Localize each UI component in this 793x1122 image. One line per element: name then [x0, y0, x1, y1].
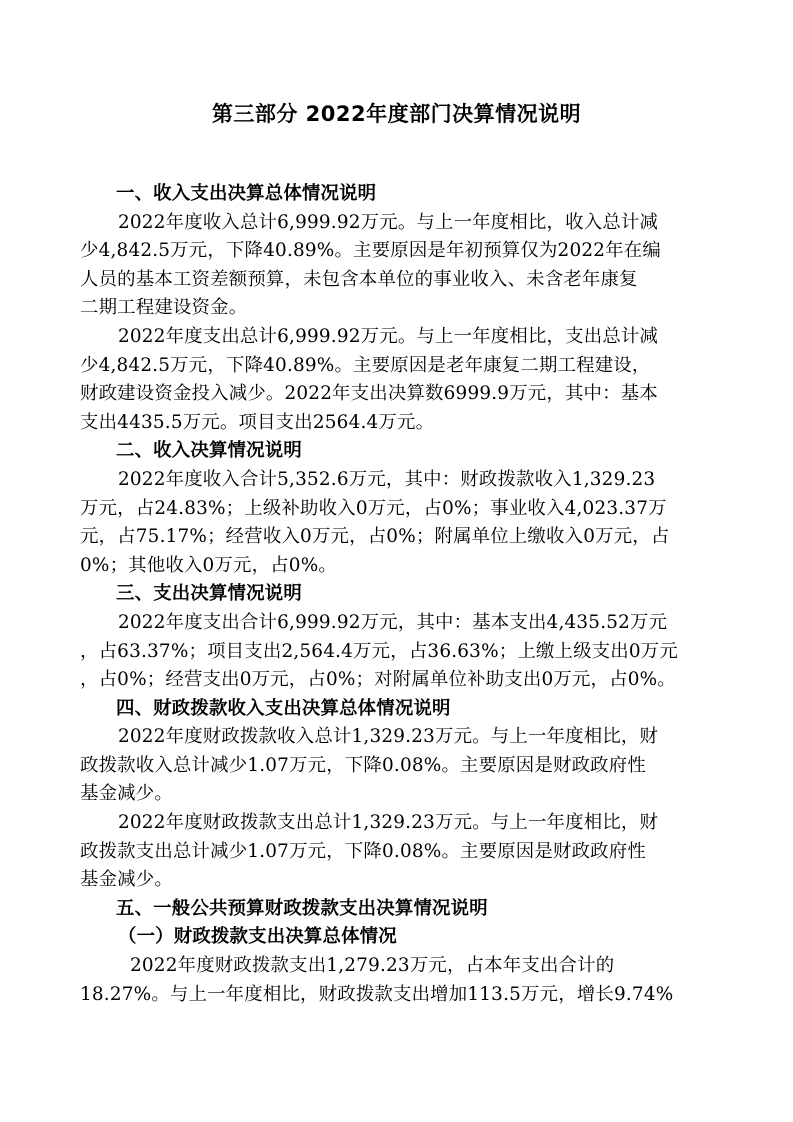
paragraph-line: 基金减少。	[80, 866, 716, 895]
section-heading-4: 四、财政拨款收入支出决算总体情况说明	[80, 695, 716, 724]
paragraph-line: ，占63.37%；项目支出2,564.4万元，占36.63%；上缴上级支出0万元	[80, 638, 716, 667]
paragraph-line: 2022年度收入总计6,999.92万元。与上一年度相比，收入总计减	[80, 209, 716, 238]
section-heading-3: 三、支出决算情况说明	[80, 580, 716, 609]
paragraph-line: 2022年度支出合计6,999.92万元，其中：基本支出4,435.52万元	[80, 609, 716, 638]
paragraph-line: 少4,842.5万元，下降40.89%。主要原因是年初预算仅为2022年在编	[80, 237, 716, 266]
section-heading-2: 二、收入决算情况说明	[80, 437, 716, 466]
paragraph-line: 基金减少。	[80, 780, 716, 809]
paragraph-line: 2022年度财政拨款收入总计1,329.23万元。与上一年度相比，财	[80, 723, 716, 752]
document-body: 一、收入支出决算总体情况说明 2022年度收入总计6,999.92万元。与上一年…	[80, 180, 716, 1009]
section-heading-5: 五、一般公共预算财政拨款支出决算情况说明	[80, 895, 716, 924]
paragraph-line: 元，占75.17%；经营收入0万元，占0%；附属单位上缴收入0万元，占	[80, 523, 716, 552]
page-title: 第三部分 2022年度部门决算情况说明	[0, 98, 793, 128]
paragraph-line: 2022年度财政拨款支出1,279.23万元，占本年支出合计的	[80, 952, 716, 981]
paragraph-line: 2022年度收入合计5,352.6万元，其中：财政拨款收入1,329.23	[80, 466, 716, 495]
paragraph-line: 0%；其他收入0万元，占0%。	[80, 552, 716, 581]
paragraph-line: 财政建设资金投入减少。2022年支出决算数6999.9万元，其中：基本	[80, 380, 716, 409]
paragraph-line: 政拨款支出总计减少1.07万元，下降0.08%。主要原因是财政政府性	[80, 838, 716, 867]
paragraph-line: 支出4435.5万元。项目支出2564.4万元。	[80, 409, 716, 438]
paragraph-line: 二期工程建设资金。	[80, 294, 716, 323]
paragraph-line: ，占0%；经营支出0万元，占0%；对附属单位补助支出0万元，占0%。	[80, 666, 716, 695]
subsection-heading: （一）财政拨款支出决算总体情况	[80, 923, 716, 952]
paragraph-line: 人员的基本工资差额预算，未包含本单位的事业收入、未含老年康复	[80, 266, 716, 295]
paragraph-line: 政拨款收入总计减少1.07万元，下降0.08%。主要原因是财政政府性	[80, 752, 716, 781]
paragraph-line: 2022年度支出总计6,999.92万元。与上一年度相比，支出总计减	[80, 323, 716, 352]
paragraph-line: 2022年度财政拨款支出总计1,329.23万元。与上一年度相比，财	[80, 809, 716, 838]
paragraph-line: 万元，占24.83%；上级补助收入0万元，占0%；事业收入4,023.37万	[80, 495, 716, 524]
section-heading-1: 一、收入支出决算总体情况说明	[80, 180, 716, 209]
paragraph-line: 18.27%。与上一年度相比，财政拨款支出增加113.5万元，增长9.74%	[80, 981, 716, 1010]
paragraph-line: 少4,842.5万元，下降40.89%。主要原因是老年康复二期工程建设，	[80, 352, 716, 381]
